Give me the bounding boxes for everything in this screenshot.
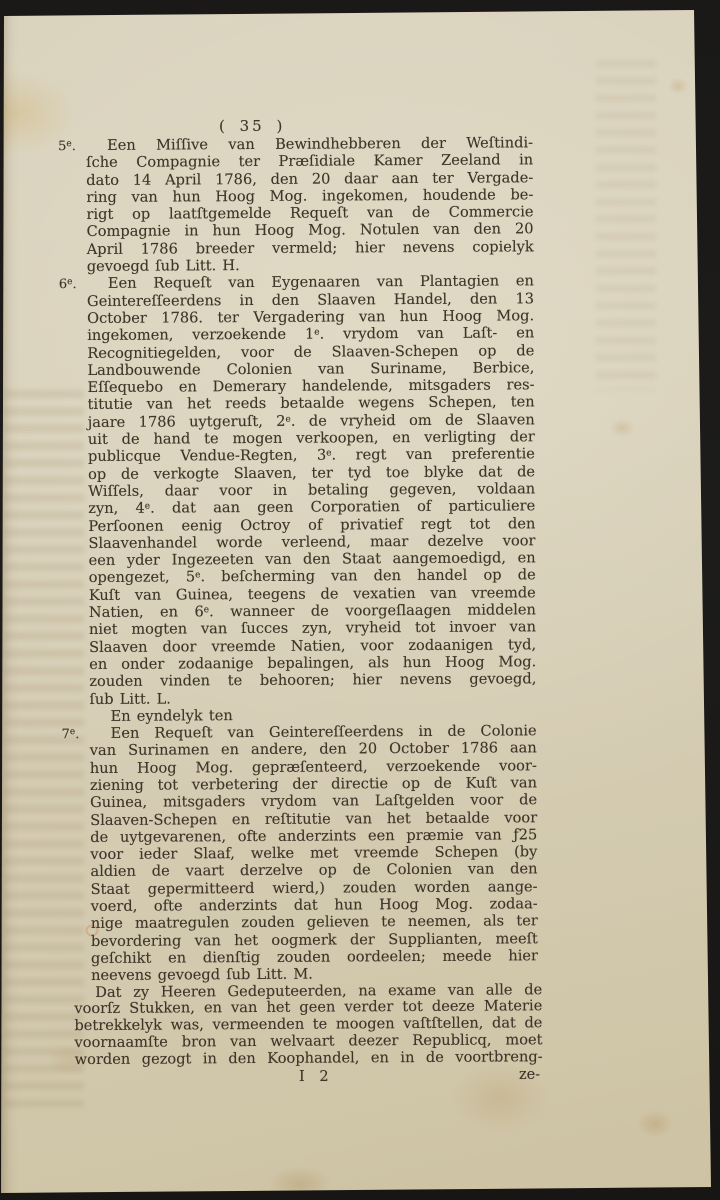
show-through-texture bbox=[4, 390, 84, 1110]
text-line: geſchikt en dienſtig zouden oordeelen; m… bbox=[91, 947, 538, 967]
text-line: worden gezogt in den Koophandel, en in d… bbox=[75, 1049, 543, 1069]
text-line: April 1786 breeder vermeld; hier nevens … bbox=[87, 238, 534, 258]
catchword: ze- bbox=[519, 1067, 540, 1083]
text-line: niet mogten van ſucces zyn, vryheid tot … bbox=[89, 619, 536, 639]
scanner-background: ( 35 ) 5e.Een Miſſive van Bewindhebberen… bbox=[0, 0, 720, 1200]
page-number: ( 35 ) bbox=[219, 117, 285, 135]
numbered-section: 5e.Een Miſſive van Bewindhebberen der We… bbox=[86, 134, 534, 275]
margin-number: 7e. bbox=[62, 727, 80, 742]
show-through-texture bbox=[596, 60, 656, 390]
text-line: zyn, 4e. dat aan geen Corporatien of par… bbox=[88, 497, 535, 517]
text-line: zouden vinden te behooren; hier nevens g… bbox=[89, 670, 536, 690]
document-page: ( 35 ) 5e.Een Miſſive van Bewindhebberen… bbox=[0, 0, 720, 1200]
numbered-section: 6e.Een Requeſt van Eygenaaren van Planta… bbox=[87, 273, 537, 725]
text-line: publicque Vendue-Regten, 3e. regt van pr… bbox=[88, 446, 535, 466]
closing-paragraph: Dat zy Heeren Gedeputeerden, na exame va… bbox=[74, 982, 543, 1069]
margin-number: 6e. bbox=[59, 277, 77, 292]
margin-number: 5e. bbox=[58, 139, 76, 154]
text-column: 5e.Een Miſſive van Bewindhebberen der We… bbox=[86, 134, 539, 1069]
signature-mark: I 2 bbox=[299, 1069, 334, 1085]
text-line: ingekomen, verzoekende 1e. vrydom van La… bbox=[87, 325, 534, 345]
text-line: Guinea, mitsgaders vrydom van Laſtgelden… bbox=[90, 792, 537, 812]
numbered-section: 7e.Een Requeſt van Geintereſſeerdens in … bbox=[90, 722, 539, 984]
text-line: nige maatregulen zouden gelieven te neem… bbox=[91, 913, 538, 933]
text-line: ſche Compagnie ter Præſidiale Kamer Zeel… bbox=[86, 152, 533, 172]
